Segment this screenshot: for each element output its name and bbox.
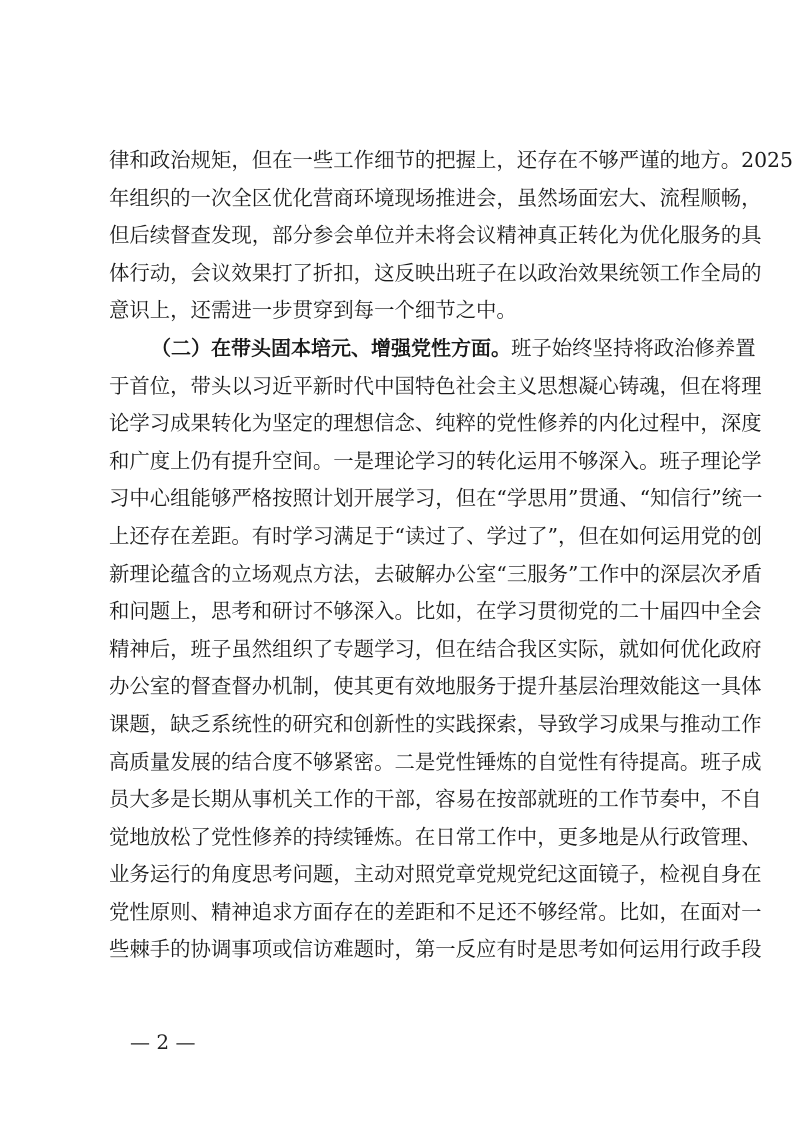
text-line: 上还存在差距。有时学习满足于“读过了、学过了”，但在如何运用党的创: [109, 518, 693, 556]
text-line: 办公室的督查督办机制，使其更有效地服务于提升基层治理效能这一具体: [109, 668, 693, 706]
text-line: 但后续督查发现，部分参会单位并未将会议精神真正转化为优化服务的具: [109, 217, 693, 255]
text-line: 律和政治规矩，但在一些工作细节的把握上，还存在不够严谨的地方。2025: [109, 142, 693, 180]
document-body: 律和政治规矩，但在一些工作细节的把握上，还存在不够严谨的地方。2025 年组织的…: [109, 142, 693, 969]
text-line: 新理论蕴含的立场观点方法，去破解办公室“三服务”工作中的深层次矛盾: [109, 556, 693, 594]
text-line: 和问题上，思考和研讨不够深入。比如，在学习贯彻党的二十届四中全会: [109, 593, 693, 631]
text-line: 精神后，班子虽然组织了专题学习，但在结合我区实际，就如何优化政府: [109, 631, 693, 669]
text-line: 党性原则、精神追求方面存在的差距和不足还不够经常。比如，在面对一: [109, 894, 693, 932]
text-line: 论学习成果转化为坚定的理想信念、纯粹的党性修养的内化过程中，深度: [109, 405, 693, 443]
text-line: 业务运行的角度思考问题，主动对照党章党规党纪这面镜子，检视自身在: [109, 856, 693, 894]
text-line: 体行动，会议效果打了折扣，这反映出班子在以政治效果统领工作全局的: [109, 255, 693, 293]
text-span: 班子始终坚持将政治修养置: [511, 336, 756, 360]
document-page: 律和政治规矩，但在一些工作细节的把握上，还存在不够严谨的地方。2025 年组织的…: [0, 0, 793, 1122]
text-line: 意识上，还需进一步贯穿到每一个细节之中。: [109, 292, 693, 330]
section-heading: （二）在带头固本培元、增强党性方面。: [151, 336, 511, 360]
text-line: 年组织的一次全区优化营商环境现场推进会，虽然场面宏大、流程顺畅，: [109, 180, 693, 218]
text-line: 于首位，带头以习近平新时代中国特色社会主义思想凝心铸魂，但在将理: [109, 368, 693, 406]
text-line: 习中心组能够严格按照计划开展学习，但在“学思用”贯通、“知信行”统一: [109, 480, 693, 518]
page-number: — 2 —: [130, 1030, 195, 1054]
text-line: 员大多是长期从事机关工作的干部，容易在按部就班的工作节奏中，不自: [109, 781, 693, 819]
text-line: 和广度上仍有提升空间。一是理论学习的转化运用不够深入。班子理论学: [109, 443, 693, 481]
text-line: 觉地放松了党性修养的持续锤炼。在日常工作中，更多地是从行政管理、: [109, 819, 693, 857]
text-line: 些棘手的协调事项或信访难题时，第一反应有时是思考如何运用行政手段: [109, 931, 693, 969]
paragraph-first-line: （二）在带头固本培元、增强党性方面。班子始终坚持将政治修养置: [109, 330, 693, 368]
text-line: 课题，缺乏系统性的研究和创新性的实践探索，导致学习成果与推动工作: [109, 706, 693, 744]
text-line: 高质量发展的结合度不够紧密。二是党性锤炼的自觉性有待提高。班子成: [109, 744, 693, 782]
